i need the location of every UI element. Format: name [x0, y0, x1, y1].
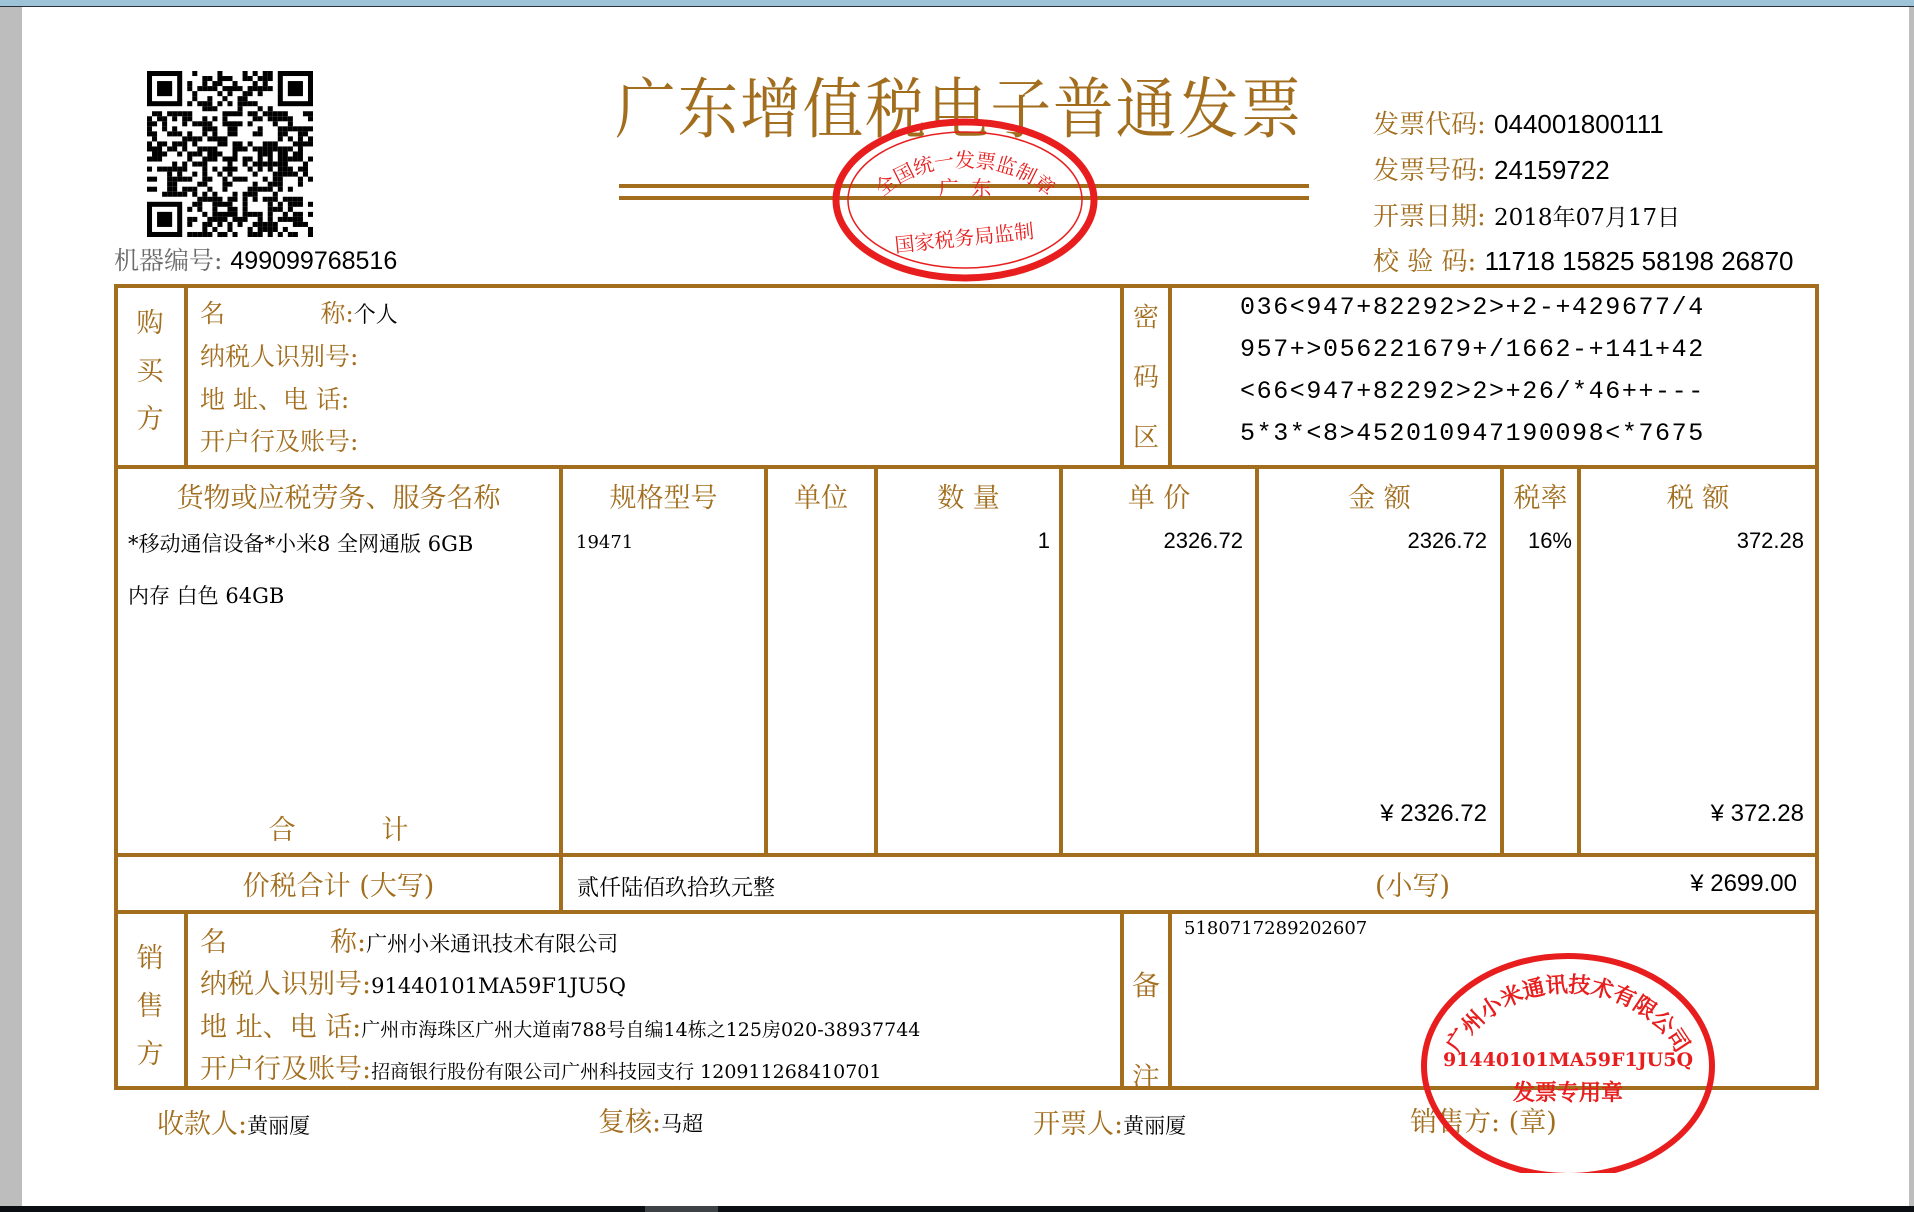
seller-label-char: 销 — [130, 935, 170, 983]
item-name-line1: *移动通信设备*小米8 全网通版 6GB — [128, 528, 473, 558]
seller-bank-row: 开户行及账号:招商银行股份有限公司广州科技园支行 120911268410701 — [200, 1047, 881, 1086]
cipher-left-divider — [1120, 284, 1124, 467]
cipher-label-char: 区 — [1126, 408, 1166, 468]
grand-total-lower-value: ¥ 2699.00 — [1600, 870, 1797, 898]
buyer-label-char: 购 — [130, 300, 170, 348]
frame-buyer-bottom — [114, 465, 1819, 469]
grand-total-lower-label: (小写) — [1375, 864, 1450, 903]
remarks-section-label: 备 注 — [1126, 940, 1166, 1124]
buyer-bank-label: 开户行及账号: — [200, 422, 358, 458]
horizontal-scrollbar-thumb[interactable] — [645, 1206, 718, 1212]
cipher-line: 957+>056221679+/1662-+141+42 — [1240, 335, 1705, 364]
col-divider-6 — [1500, 465, 1504, 855]
grand-total-upper-label: 价税合计 (大写) — [118, 864, 559, 903]
check-code-value: 11718 15825 58198 26870 — [1485, 246, 1794, 276]
seller-label-char: 售 — [130, 983, 170, 1031]
col-divider-5 — [1255, 465, 1259, 855]
vertical-scrollbar[interactable] — [1909, 7, 1914, 1206]
remarks-value: 5180717289202607 — [1184, 918, 1367, 939]
svg-text:91440101MA59F1JU5Q: 91440101MA59F1JU5Q — [1443, 1049, 1693, 1071]
machine-number-label: 机器编号: — [114, 246, 222, 275]
seller-name-row: 名 称:广州小米通讯技术有限公司 — [200, 920, 618, 959]
buyer-section-label: 购 买 方 — [130, 300, 170, 444]
qr-code-icon — [147, 71, 313, 237]
cipher-line: 036<947+82292>2>+2-+429677/4 — [1240, 293, 1705, 322]
item-tax: 372.28 — [1581, 528, 1804, 554]
item-unit-price: 2326.72 — [1063, 528, 1243, 554]
cipher-line: 5*3*<8>452010947190098<*7675 — [1240, 419, 1705, 448]
header-amount: 金 额 — [1259, 476, 1500, 515]
cipher-section-label: 密 码 区 — [1126, 288, 1166, 468]
invoice-number-label: 发票号码: — [1373, 156, 1486, 186]
buyer-name-row: 名 称:个人 — [200, 294, 398, 330]
payee: 收款人:黄丽厦 — [157, 1102, 310, 1141]
buyer-name-label: 名 称: — [200, 299, 354, 328]
item-quantity: 1 — [878, 528, 1050, 554]
seller-name-label: 名 称: — [200, 927, 366, 958]
svg-text:发票专用章: 发票专用章 — [1513, 1080, 1623, 1106]
invoice-code-row: 发票代码: 044001800111 — [1373, 104, 1664, 141]
col-divider-3 — [874, 465, 878, 855]
invoice-date-value: 2018年07月17日 — [1494, 205, 1680, 231]
frame-right — [1815, 284, 1819, 1090]
remarks-label-char: 备 — [1126, 940, 1166, 1032]
reviewer-value: 马超 — [661, 1112, 703, 1136]
col-divider-4 — [1059, 465, 1063, 855]
invoice-date-row: 开票日期: 2018年07月17日 — [1373, 196, 1680, 233]
total-tax: ¥ 372.28 — [1581, 800, 1804, 828]
remarks-label-divider — [1168, 910, 1172, 1088]
frame-total-bottom — [114, 910, 1819, 914]
header-unit-price: 单 价 — [1063, 476, 1255, 515]
buyer-address-label: 地 址、电 话: — [200, 380, 349, 416]
svg-text:广 东: 广 东 — [939, 176, 992, 200]
left-gutter — [0, 7, 22, 1206]
seller-invoice-stamp-icon: 广州小米通讯技术有限公司 91440101MA59F1JU5Q 发票专用章 — [1418, 948, 1718, 1173]
payee-value: 黄丽厦 — [247, 1114, 310, 1138]
buyer-label-char: 方 — [130, 396, 170, 444]
frame-items-bottom — [114, 853, 1819, 857]
invoice-code-value: 044001800111 — [1494, 109, 1664, 139]
check-code-row: 校 验 码: 11718 15825 58198 26870 — [1373, 241, 1794, 278]
window-top-bar — [0, 0, 1914, 7]
issuer-value: 黄丽厦 — [1123, 1114, 1186, 1138]
header-tax: 税 额 — [1581, 476, 1815, 515]
item-amount: 2326.72 — [1259, 528, 1487, 554]
frame-left — [114, 284, 118, 1090]
buyer-name-value: 个人 — [354, 303, 398, 328]
invoice-code-label: 发票代码: — [1373, 110, 1486, 140]
cipher-label-divider — [1168, 284, 1172, 467]
seller-bank-label: 开户行及账号: — [200, 1054, 371, 1085]
header-quantity: 数 量 — [878, 476, 1059, 515]
total-label: 合 计 — [118, 808, 559, 847]
total-amount: ¥ 2326.72 — [1259, 800, 1487, 828]
col-divider-7 — [1577, 465, 1581, 855]
check-code-label: 校 验 码: — [1373, 247, 1476, 277]
item-name-line2: 内存 白色 64GB — [128, 580, 284, 610]
buyer-label-char: 买 — [130, 348, 170, 396]
seller-section-label: 销 售 方 — [130, 935, 170, 1079]
cipher-label-char: 密 — [1126, 288, 1166, 348]
buyer-label-divider — [184, 284, 188, 467]
seller-taxid-value: 91440101MA59F1JU5Q — [371, 974, 626, 998]
machine-number-value: 499099768516 — [230, 247, 397, 275]
header-spec: 规格型号 — [563, 476, 764, 515]
horizontal-scrollbar-track[interactable] — [0, 1206, 1914, 1212]
official-supervision-stamp-icon: 全国统一发票监制章 广 东 国家税务局监制 — [830, 115, 1100, 285]
col-divider-1 — [559, 465, 563, 914]
seller-label-divider — [184, 910, 188, 1088]
col-divider-2 — [764, 465, 768, 855]
svg-text:广州小米通讯技术有限公司: 广州小米通讯技术有限公司 — [1441, 972, 1694, 1057]
invoice-date-label: 开票日期: — [1373, 202, 1486, 232]
invoice-number-row: 发票号码: 24159722 — [1373, 150, 1610, 187]
issuer: 开票人:黄丽厦 — [1033, 1102, 1186, 1141]
header-item-name: 货物或应税劳务、服务名称 — [118, 476, 559, 515]
header-unit: 单位 — [768, 476, 874, 515]
svg-text:国家税务局监制: 国家税务局监制 — [893, 219, 1035, 258]
seller-address-label: 地 址、电 话: — [200, 1012, 361, 1043]
seller-taxid-row: 纳税人识别号:91440101MA59F1JU5Q — [200, 962, 626, 1001]
reviewer: 复核:马超 — [598, 1100, 703, 1139]
header-tax-rate: 税率 — [1504, 476, 1577, 515]
payee-label: 收款人: — [157, 1109, 247, 1140]
seller-name-value: 广州小米通讯技术有限公司 — [366, 932, 618, 956]
buyer-taxid-label: 纳税人识别号: — [200, 337, 358, 373]
seller-address-value: 广州市海珠区广州大道南788号自编14栋之125房020-38937744 — [361, 1019, 920, 1041]
machine-number: 机器编号: 499099768516 — [114, 241, 397, 277]
remarks-left-divider — [1120, 910, 1124, 1088]
item-tax-rate: 16% — [1504, 528, 1572, 554]
cipher-line: <66<947+82292>2>+26/*46++--- — [1240, 377, 1705, 406]
reviewer-label: 复核: — [598, 1107, 661, 1138]
seller-address-row: 地 址、电 话:广州市海珠区广州大道南788号自编14栋之125房020-389… — [200, 1005, 920, 1044]
seller-bank-value: 招商银行股份有限公司广州科技园支行 120911268410701 — [371, 1061, 881, 1083]
item-spec: 19471 — [576, 532, 633, 553]
seller-label-char: 方 — [130, 1031, 170, 1079]
issuer-label: 开票人: — [1033, 1109, 1123, 1140]
grand-total-upper-value: 贰仟陆佰玖拾玖元整 — [577, 871, 775, 902]
invoice-number-value: 24159722 — [1494, 155, 1610, 185]
seller-taxid-label: 纳税人识别号: — [200, 969, 371, 1000]
cipher-label-char: 码 — [1126, 348, 1166, 408]
